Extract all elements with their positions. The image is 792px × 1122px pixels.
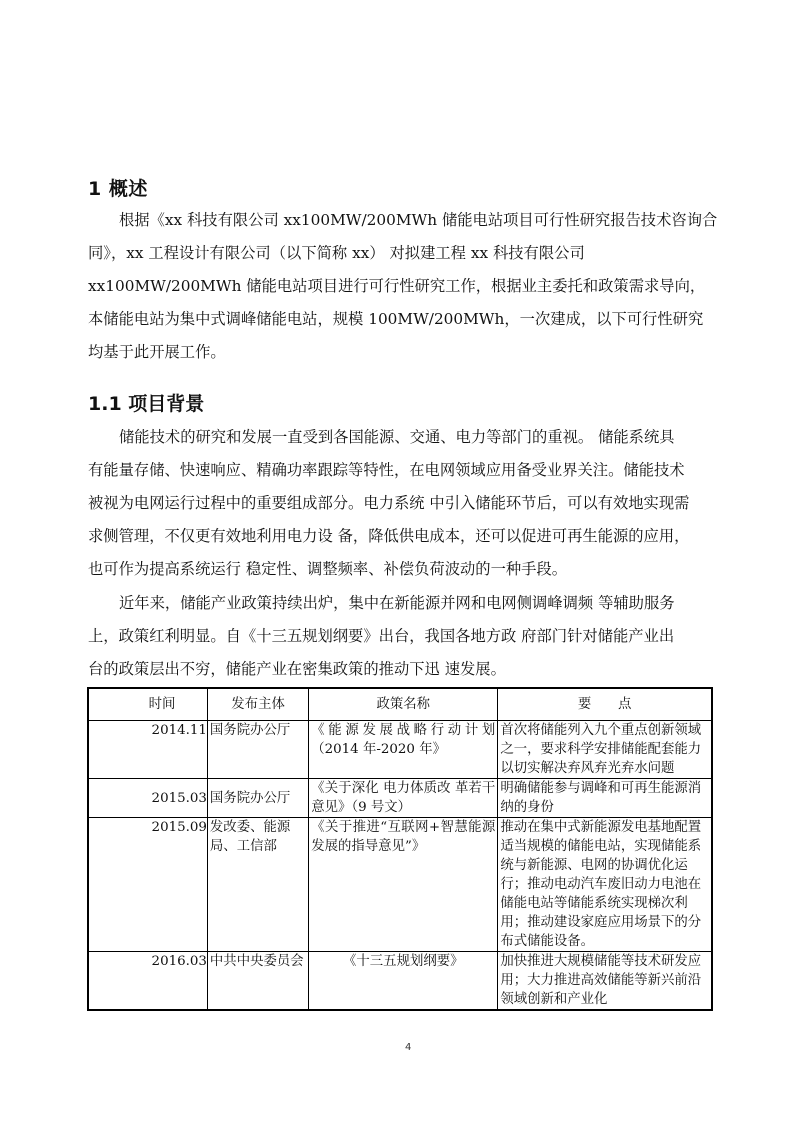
overview-paragraph: 根据《xx 科技有限公司 xx100MW/200MWh 储能电站项目可行性研究报… <box>88 204 712 369</box>
paragraph-line: 同》，xx 工程设计有限公司（以下简称 xx） 对拟建工程 xx 科技有限公司 <box>88 237 712 270</box>
cell-key-points: 推动在集中式新能源发电基地配置适当规模的储能电站，实现储能系统与新能源、电网的协… <box>498 818 712 952</box>
paragraph-line: xx100MW/200MWh 储能电站项目进行可行性研究工作，根据业主委托和政策… <box>88 270 712 303</box>
paragraph-line: 根据《xx 科技有限公司 xx100MW/200MWh 储能电站项目可行性研究报… <box>88 204 712 237</box>
paragraph-line: 本储能电站为集中式调峰储能电站，规模 100MW/200MWh，一次建成，以下可… <box>88 303 712 336</box>
cell-time: 2015.09 <box>88 818 207 952</box>
table-row: 2016.03 中共中央委员会 《十三五规划纲要》 加快推进大规模储能等技术研发… <box>88 952 712 1011</box>
header-key-points: 要 点 <box>498 688 712 721</box>
cell-time: 2015.03 <box>88 779 207 818</box>
page-number: 4 <box>405 1042 411 1053</box>
paragraph-line: 被视为电网运行过程中的重要组成部分。电力系统 中引入储能环节后，可以有效地实现需 <box>88 487 712 520</box>
paragraph-line: 上，政策红利明显。自《十三五规划纲要》出台，我国各地方政 府部门针对储能产业出 <box>88 620 712 653</box>
cell-policy-name: 《能源发展战略行动计划（2014 年-2020 年》 <box>309 721 498 779</box>
cell-key-points: 明确储能参与调峰和可再生能源消纳的身份 <box>498 779 712 818</box>
paragraph-line: 也可作为提高系统运行 稳定性、调整频率、补偿负荷波动的一种手段。 <box>88 553 712 586</box>
document-page: 1 概述 根据《xx 科技有限公司 xx100MW/200MWh 储能电站项目可… <box>0 0 792 1122</box>
cell-policy-name: 《关于深化 电力体质改 革若干 意见》（9 号文） <box>309 779 498 818</box>
paragraph-line: 台的政策层出不穷，储能产业在密集政策的推动下迅 速发展。 <box>88 653 712 686</box>
section-heading: 1 概述 <box>88 174 148 201</box>
cell-issuer: 国务院办公厅 <box>207 721 308 779</box>
paragraph-line: 有能量存储、快速响应、精确功率跟踪等特性，在电网领域应用备受业界关注。储能技术 <box>88 454 712 487</box>
table-row: 2015.09 发改委、能源局、工信部 《关于推进“互联网+智慧能源发展的指导意… <box>88 818 712 952</box>
paragraph-line: 储能技术的研究和发展一直受到各国能源、交通、电力等部门的重视。 储能系统具 <box>88 421 712 454</box>
cell-policy-name: 《十三五规划纲要》 <box>309 952 498 1011</box>
cell-issuer: 中共中央委员会 <box>207 952 308 1011</box>
table-row: 2015.03 国务院办公厅 《关于深化 电力体质改 革若干 意见》（9 号文）… <box>88 779 712 818</box>
cell-time: 2014.11 <box>88 721 207 779</box>
cell-key-points: 加快推进大规模储能等技术研发应用；大力推进高效储能等新兴前沿领域创新和产业化 <box>498 952 712 1011</box>
header-time: 时间 <box>88 688 207 721</box>
background-paragraph-1: 储能技术的研究和发展一直受到各国能源、交通、电力等部门的重视。 储能系统具 有能… <box>88 421 712 586</box>
header-policy-name: 政策名称 <box>309 688 498 721</box>
cell-issuer: 发改委、能源局、工信部 <box>207 818 308 952</box>
policy-table: 时间 发布主体 政策名称 要 点 2014.11 国务院办公厅 《能源发展战略行… <box>87 687 713 1011</box>
paragraph-line: 求侧管理，不仅更有效地利用电力设 备，降低供电成本，还可以促进可再生能源的应用， <box>88 520 712 553</box>
cell-policy-name: 《关于推进“互联网+智慧能源发展的指导意见”》 <box>309 818 498 952</box>
header-issuer: 发布主体 <box>207 688 308 721</box>
subsection-heading: 1.1 项目背景 <box>88 389 204 416</box>
table-header-row: 时间 发布主体 政策名称 要 点 <box>88 688 712 721</box>
paragraph-line: 近年来，储能产业政策持续出炉，集中在新能源并网和电网侧调峰调频 等辅助服务 <box>88 587 712 620</box>
cell-key-points: 首次将储能列入九个重点创新领域之一，要求科学安排储能配套能力以切实解决弃风弃光弃… <box>498 721 712 779</box>
cell-time: 2016.03 <box>88 952 207 1011</box>
paragraph-line: 均基于此开展工作。 <box>88 336 712 369</box>
table-row: 2014.11 国务院办公厅 《能源发展战略行动计划（2014 年-2020 年… <box>88 721 712 779</box>
background-paragraph-2: 近年来，储能产业政策持续出炉，集中在新能源并网和电网侧调峰调频 等辅助服务 上，… <box>88 587 712 686</box>
cell-issuer: 国务院办公厅 <box>207 779 308 818</box>
